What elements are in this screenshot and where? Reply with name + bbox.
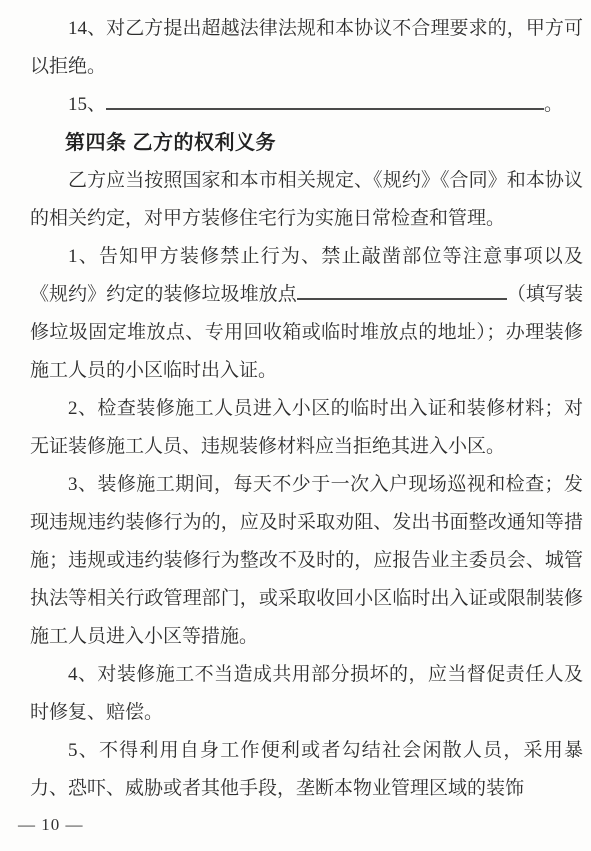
item-1-paragraph: 1、告知甲方装修禁止行为、禁止敲凿部位等注意事项以及《规约》约定的装修垃圾堆放点… [30, 238, 583, 390]
article-4-intro-paragraph: 乙方应当按照国家和本市相关规定、《规约》《合同》和本协议的相关约定，对甲方装修住… [30, 162, 583, 238]
clause-15-blank-field[interactable] [106, 89, 544, 110]
article-4-heading: 第四条 乙方的权利义务 [30, 124, 583, 162]
clause-15-label: 15、 [68, 94, 106, 115]
item-2-paragraph: 2、检查装修施工人员进入小区的临时出入证和装修材料；对无证装修施工人员、违规装修… [30, 390, 583, 466]
item-5-paragraph: 5、不得利用自身工作便利或者勾结社会闲散人员，采用暴力、恐吓、威胁或者其他手段，… [30, 732, 583, 808]
contract-body: 14、对乙方提出超越法律法规和本协议不合理要求的，甲方可以拒绝。 15、。 第四… [0, 0, 591, 808]
item-3-paragraph: 3、装修施工期间，每天不少于一次入户现场巡视和检查；发现违规违约装修行为的，应及… [30, 466, 583, 656]
clause-15-period: 。 [544, 94, 563, 115]
item-1-blank-field[interactable] [297, 279, 507, 300]
contract-scan-page: 14、对乙方提出超越法律法规和本协议不合理要求的，甲方可以拒绝。 15、。 第四… [0, 0, 591, 851]
page-number: — 10 — [18, 815, 84, 835]
clause-15-paragraph: 15、。 [30, 86, 583, 124]
clause-14-paragraph: 14、对乙方提出超越法律法规和本协议不合理要求的，甲方可以拒绝。 [30, 10, 583, 86]
item-4-paragraph: 4、对装修施工不当造成共用部分损坏的，应当督促责任人及时修复、赔偿。 [30, 656, 583, 732]
